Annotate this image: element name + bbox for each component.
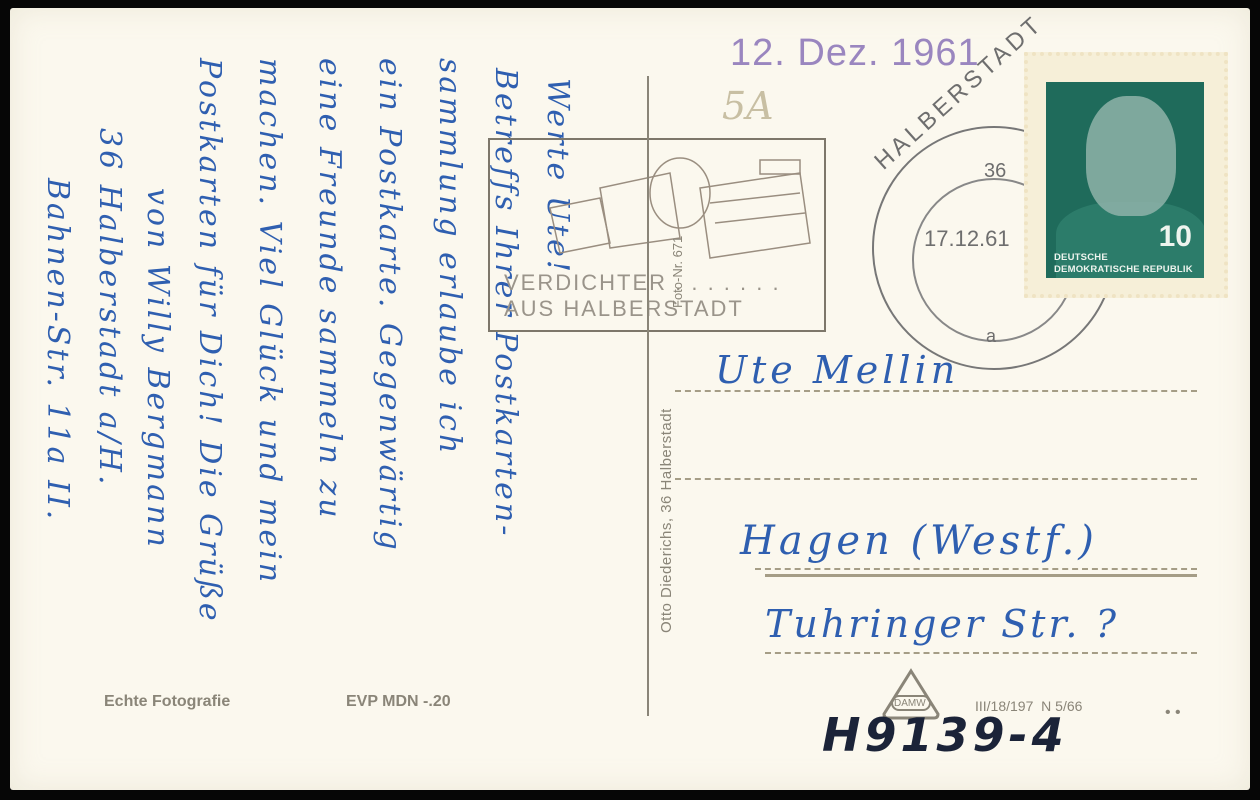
pencil-note: 5A: [722, 84, 774, 128]
address-line-2: [675, 478, 1197, 480]
message-line: 36 Halberstadt a/H.: [92, 128, 127, 487]
message-line: Postkarten für Dich! Die Grüße: [192, 58, 227, 624]
price-label: EVP MDN -.20: [346, 693, 451, 711]
postmark-letter: a: [986, 326, 996, 347]
message-line: von Willy Bergmann: [140, 188, 175, 550]
slogan-cancellation: VERDICHTER . . . . . . . AUS HALBERSTADT: [488, 138, 826, 332]
address-line-3: [755, 568, 1197, 570]
recipient-street: Tuhringer Str. ?: [765, 602, 1119, 646]
publisher-text: Otto Diederichs, 36 Halberstadt: [658, 408, 675, 633]
stamp-country-1: DEUTSCHE: [1054, 252, 1108, 263]
recipient-name: Ute Mellin: [715, 348, 959, 392]
archive-number: H9139-4: [822, 708, 1068, 762]
postmark-date: 17.12.61: [924, 226, 1010, 252]
address-line-4: [765, 652, 1197, 654]
photo-label: Echte Fotografie: [104, 693, 230, 711]
portrait-head: [1086, 96, 1176, 216]
message-line: Bahnen-Str. 11a II.: [40, 178, 75, 522]
postmark-code: 36: [984, 160, 1006, 183]
center-divider: [647, 76, 649, 716]
slogan-line-2: AUS HALBERSTADT: [504, 296, 744, 322]
receipt-date-stamp: 12. Dez. 1961: [730, 32, 980, 75]
message-line: eine Freunde sammeln zu: [312, 58, 347, 521]
address-line-3-underline: [765, 574, 1197, 577]
message-line: ein Postkarte. Gegenwärtig: [372, 58, 407, 553]
message-line: sammlung erlaube ich: [432, 58, 467, 456]
stamp-value: 10: [1159, 220, 1192, 254]
postcard: Werte Ute! Betreffs Ihrer Postkarten- sa…: [10, 8, 1250, 790]
foto-number: Foto-Nr. 671: [670, 236, 685, 308]
decorative-dots: • •: [1165, 704, 1181, 722]
message-line: machen. Viel Glück und mein: [252, 58, 287, 585]
slogan-line-1: VERDICHTER . . . . . . .: [504, 270, 781, 296]
stamp-country-2: DEMOKRATISCHE REPUBLIK: [1054, 264, 1193, 275]
recipient-city: Hagen (Westf.): [740, 518, 1098, 564]
postage-stamp: DEUTSCHE DEMOKRATISCHE REPUBLIK 10: [1024, 52, 1228, 298]
